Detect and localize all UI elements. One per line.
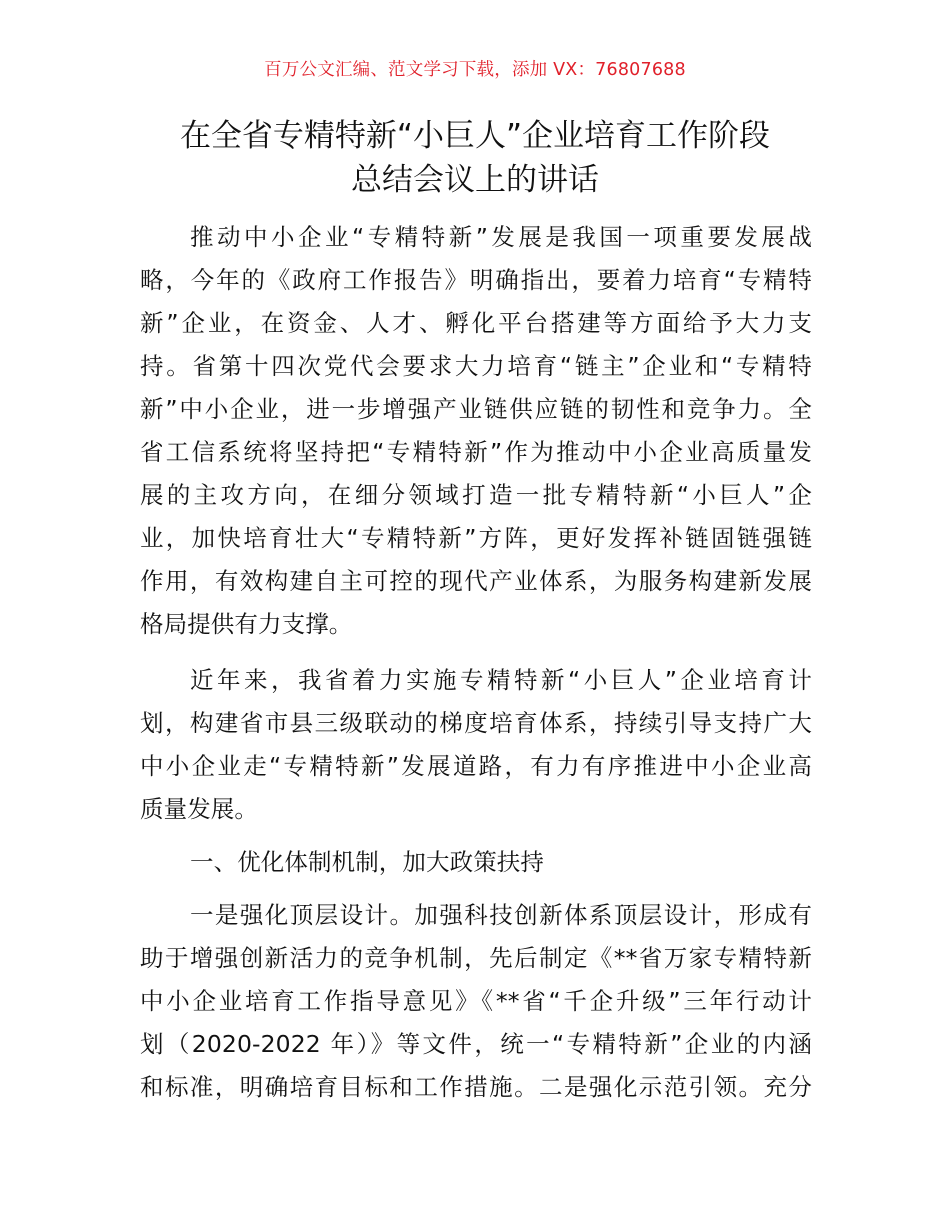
document-title-line-2: 总结会议上的讲话 [0, 160, 950, 200]
paragraph-line: 划，构建省市县三级联动的梯度培育体系，持续引导支持广大 [140, 708, 812, 738]
paragraph-line: 新”企业，在资金、人才、孵化平台搭建等方面给予大力支 [140, 308, 812, 338]
document-title-line-1: 在全省专精特新“小巨人”企业培育工作阶段 [0, 116, 950, 156]
paragraph-line: 质量发展。 [140, 794, 812, 824]
paragraph-line: 中小企业培育工作指导意见》《**省“千企升级”三年行动计 [140, 986, 812, 1016]
paragraph-line: 格局提供有力支撑。 [140, 609, 812, 639]
paragraph-line: 新”中小企业，进一步增强产业链供应链的韧性和竞争力。全 [140, 394, 812, 424]
paragraph-line: 省工信系统将坚持把“专精特新”作为推动中小企业高质量发 [140, 437, 812, 467]
paragraph-line: 近年来，我省着力实施专精特新“小巨人”企业培育计 [190, 665, 812, 695]
paragraph-line: 和标准，明确培育目标和工作措施。二是强化示范引领。充分 [140, 1072, 812, 1102]
section-heading: 一、优化体制机制，加大政策扶持 [190, 847, 812, 877]
paragraph-line: 略，今年的《政府工作报告》明确指出，要着力培育“专精特 [140, 265, 812, 295]
paragraph-line: 推动中小企业“专精特新”发展是我国一项重要发展战 [190, 222, 812, 252]
paragraph-line: 业，加快培育壮大“专精特新”方阵，更好发挥补链固链强链 [140, 523, 812, 553]
paragraph-line: 作用，有效构建自主可控的现代产业体系，为服务构建新发展 [140, 566, 812, 596]
paragraph-line: 中小企业走“专精特新”发展道路，有力有序推进中小企业高 [140, 751, 812, 781]
paragraph-line: 持。省第十四次党代会要求大力培育“链主”企业和“专精特 [140, 351, 812, 381]
paragraph-line: 展的主攻方向，在细分领域打造一批专精特新“小巨人”企 [140, 480, 812, 510]
paragraph-line: 一是强化顶层设计。加强科技创新体系顶层设计，形成有 [190, 900, 812, 930]
watermark-banner: 百万公文汇编、范文学习下载，添加 VX：76807688 [0, 58, 950, 82]
paragraph-line: 助于增强创新活力的竞争机制，先后制定《**省万家专精特新 [140, 943, 812, 973]
paragraph-line: 划（2020-2022 年）》等文件，统一“专精特新”企业的内涵 [140, 1029, 812, 1059]
